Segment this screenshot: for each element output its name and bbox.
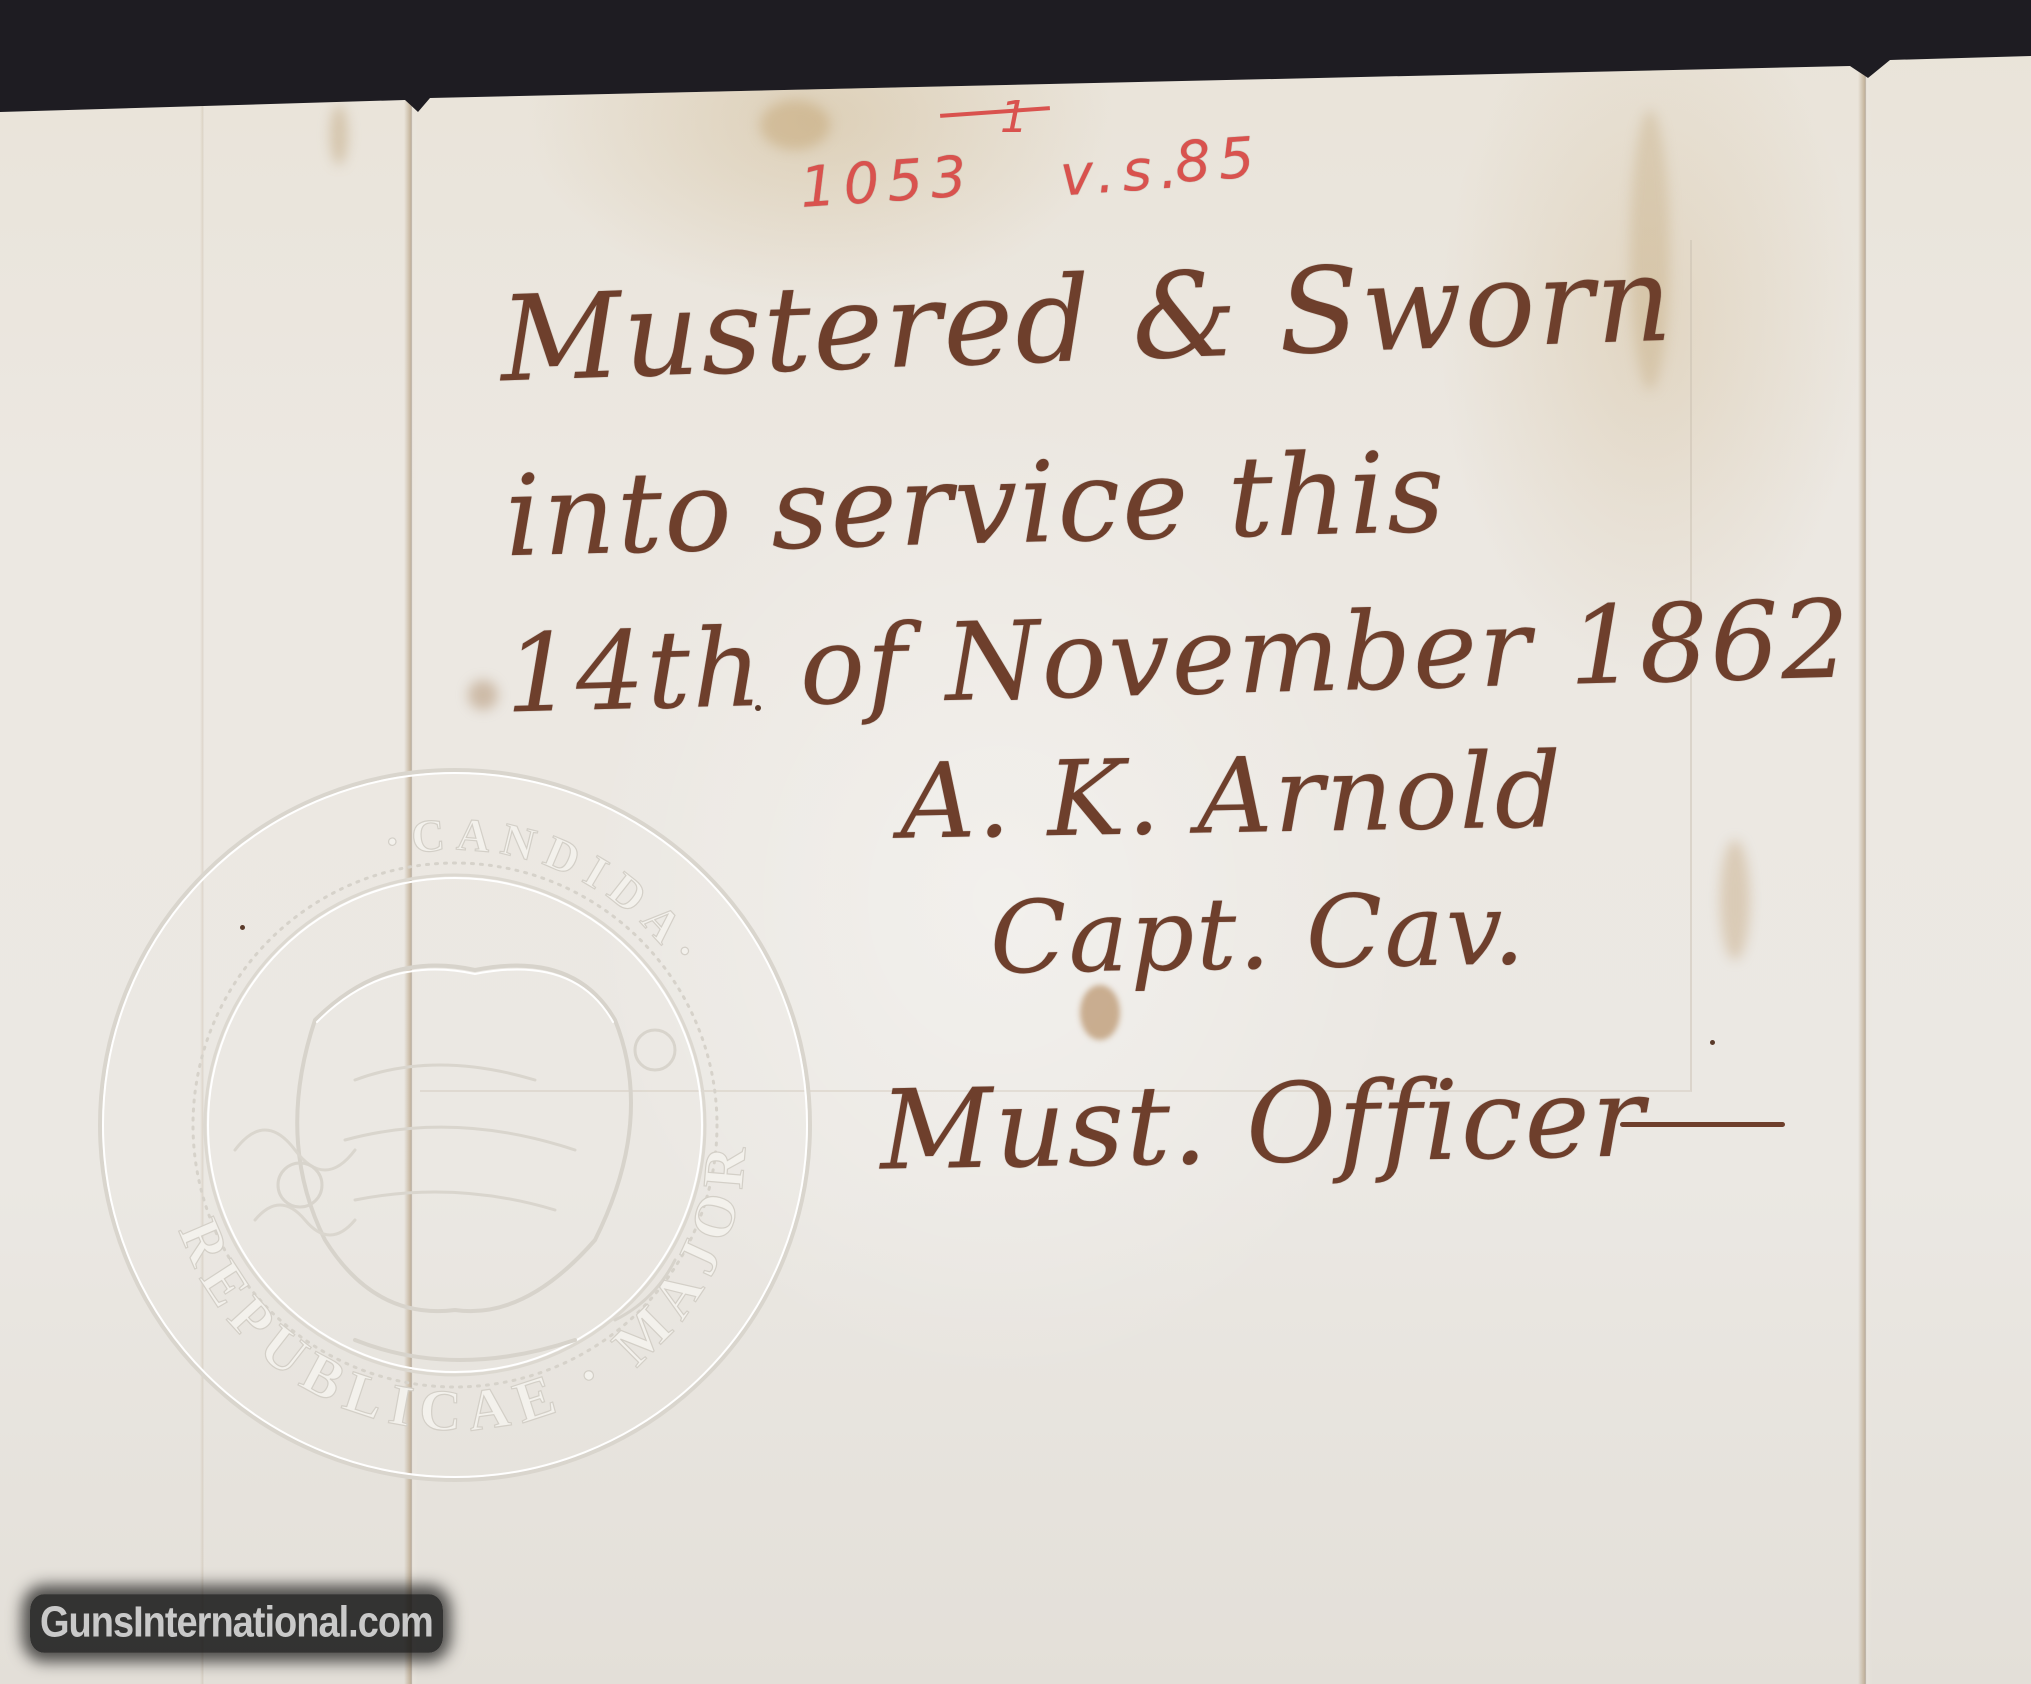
seal-icon: REPUBLICAE · MAJORIS ·CANDIDA· [55, 720, 855, 1500]
handwriting-line-service: into service this [503, 428, 1448, 583]
site-watermark: GunsInternational.com [30, 1594, 443, 1653]
embossed-seal: REPUBLICAE · MAJORIS ·CANDIDA· [55, 720, 855, 1500]
ink-speck [1710, 1040, 1715, 1045]
signature-title: Must. Officer [879, 1053, 1647, 1194]
stain [468, 680, 498, 710]
fold-line-right [1858, 0, 1872, 1684]
reference-fraction-bar [940, 106, 1050, 118]
stain [1720, 840, 1750, 960]
archive-reference-page: 85 [1173, 125, 1265, 196]
document-paper: REPUBLICAE · MAJORIS ·CANDIDA· 1053 1 v.… [0, 0, 2031, 1684]
signature-flourish [1620, 1122, 1785, 1127]
photo-stage: REPUBLICAE · MAJORIS ·CANDIDA· 1053 1 v.… [0, 0, 2031, 1684]
stain [330, 105, 348, 165]
archive-reference-abbrev: v.s. [1058, 136, 1188, 210]
archive-reference-number: 1053 [798, 144, 977, 221]
reference-superscript: 1 [1000, 92, 1028, 143]
stain [760, 100, 830, 150]
signature-name: A. K. Arnold [899, 729, 1564, 863]
signature-rank: Capt. Cav. [989, 870, 1527, 996]
